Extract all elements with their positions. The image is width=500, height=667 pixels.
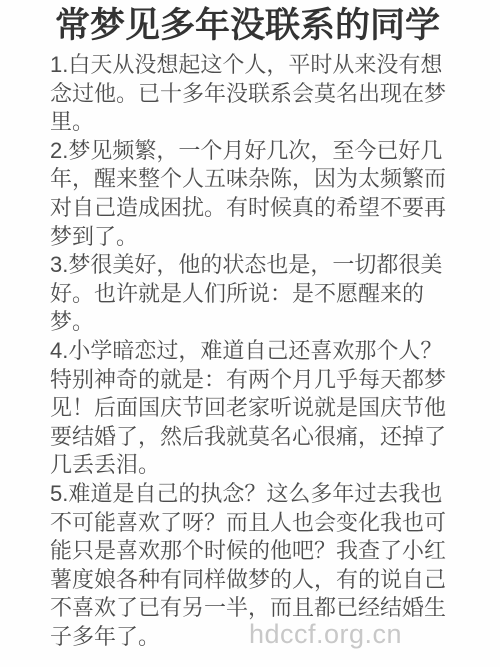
article-body: 1.白天从没想起这个人，平时从来没有想 念过他。已十多年没联系会莫名出现在梦 里… xyxy=(50,51,498,651)
paragraph-2: 2.梦见频繁，一个月好几次，至今已好几 年，醒来整个人五味杂陈，因为太频繁而 对… xyxy=(50,137,498,251)
paragraph-4: 4.小学暗恋过，难道自己还喜欢那个人？ 特别神奇的就是：有两个月几乎每天都梦 见… xyxy=(50,337,498,480)
article-page: 常梦见多年没联系的同学 1.白天从没想起这个人，平时从来没有想 念过他。已十多年… xyxy=(0,0,500,667)
page-title: 常梦见多年没联系的同学 xyxy=(55,3,440,49)
paragraph-1: 1.白天从没想起这个人，平时从来没有想 念过他。已十多年没联系会莫名出现在梦 里… xyxy=(50,51,498,137)
watermark: hdccf.org.cn xyxy=(249,619,402,649)
paragraph-3: 3.梦很美好，他的状态也是，一切都很美 好。也许就是人们所说：是不愿醒来的 梦。 xyxy=(50,251,498,337)
